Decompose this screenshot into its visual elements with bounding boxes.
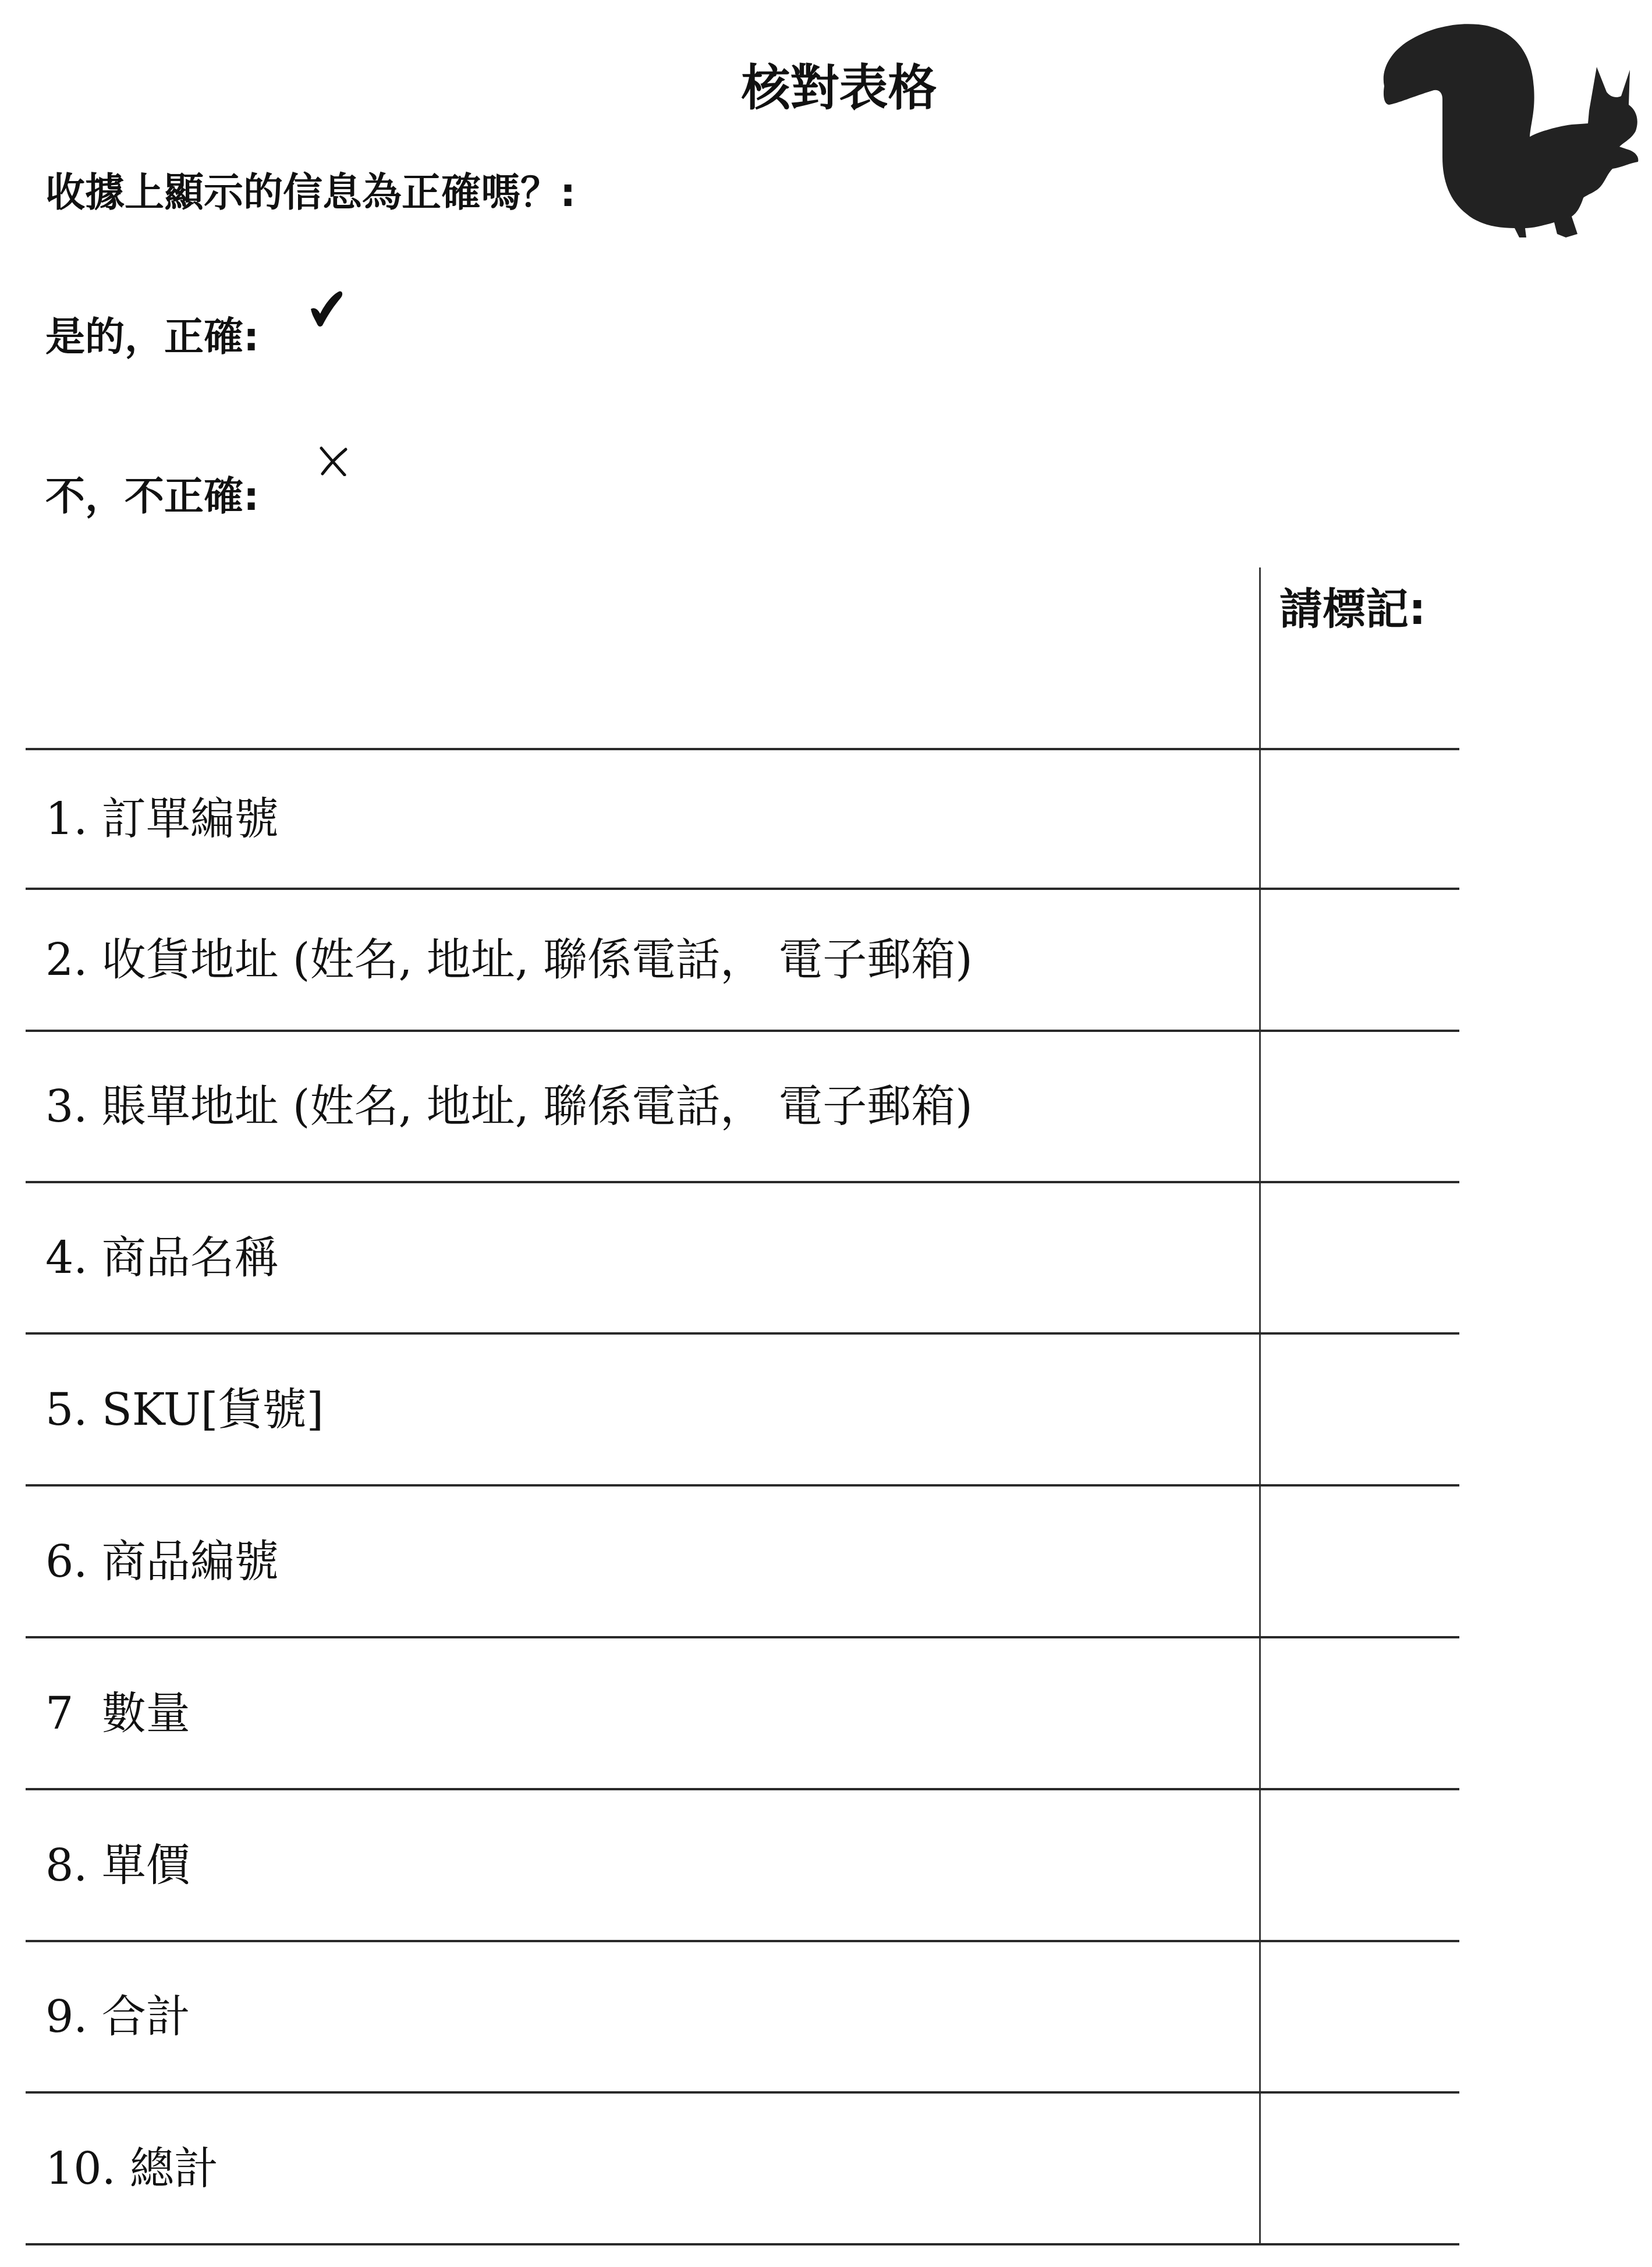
row-label: 9. 合計 bbox=[26, 1991, 190, 2043]
row-label: 4. 商品名稱 bbox=[26, 1232, 279, 1284]
mark-cell[interactable] bbox=[1261, 1790, 1459, 1940]
verification-question: 收據上顯示的信息為正確嗎？: bbox=[45, 170, 576, 217]
row-label: 2. 收貨地址 (姓名, 地址, 聯係電話， 電子郵箱) bbox=[26, 934, 973, 986]
row-label: 7 數量 bbox=[26, 1687, 190, 1740]
mark-cell[interactable] bbox=[1261, 1335, 1459, 1484]
row-divider bbox=[26, 2243, 1459, 2245]
mark-cell[interactable] bbox=[1261, 1183, 1459, 1332]
table-row: 9. 合計 bbox=[26, 1942, 1259, 2091]
row-label: 5. SKU[貨號] bbox=[26, 1383, 324, 1436]
checklist-table: 請標記: 1. 訂單編號 2. 收貨地址 (姓名, 地址, 聯係電話， 電子郵箱… bbox=[26, 567, 1459, 2245]
row-label: 3. 賬單地址 (姓名, 地址, 聯係電話， 電子郵箱) bbox=[26, 1080, 973, 1133]
mark-cell[interactable] bbox=[1261, 1487, 1459, 1636]
row-label: 6. 商品編號 bbox=[26, 1535, 279, 1588]
mark-cell[interactable] bbox=[1261, 1638, 1459, 1788]
mark-cell[interactable] bbox=[1261, 1942, 1459, 2091]
checkmark-icon bbox=[307, 289, 343, 328]
legend-no-label: 不，不正確: bbox=[45, 474, 259, 520]
table-row: 2. 收貨地址 (姓名, 地址, 聯係電話， 電子郵箱) bbox=[26, 890, 1259, 1030]
table-row: 3. 賬單地址 (姓名, 地址, 聯係電話， 電子郵箱) bbox=[26, 1032, 1259, 1181]
mark-cell[interactable] bbox=[1261, 750, 1459, 888]
table-row: 10. 總計 bbox=[26, 2094, 1259, 2243]
table-row: 6. 商品編號 bbox=[26, 1487, 1259, 1636]
row-label: 8. 單價 bbox=[26, 1839, 190, 1892]
legend-yes-label: 是的，正確: bbox=[45, 314, 259, 361]
row-label: 10. 總計 bbox=[26, 2142, 218, 2195]
table-row: 1. 訂單編號 bbox=[26, 750, 1259, 888]
mark-cell[interactable] bbox=[1261, 890, 1459, 1030]
mark-cell[interactable] bbox=[1261, 1032, 1459, 1181]
table-row: 8. 單價 bbox=[26, 1790, 1259, 1940]
table-row: 7 數量 bbox=[26, 1638, 1259, 1788]
header-mark-label: 請標記: bbox=[1279, 572, 1454, 647]
table-row: 5. SKU[貨號] bbox=[26, 1335, 1259, 1484]
header-item-cell bbox=[26, 567, 1259, 749]
squirrel-icon bbox=[1380, 17, 1639, 244]
table-row: 4. 商品名稱 bbox=[26, 1183, 1259, 1332]
cross-icon bbox=[318, 446, 349, 476]
row-label: 1. 訂單編號 bbox=[26, 793, 279, 845]
mark-cell[interactable] bbox=[1261, 2094, 1459, 2243]
